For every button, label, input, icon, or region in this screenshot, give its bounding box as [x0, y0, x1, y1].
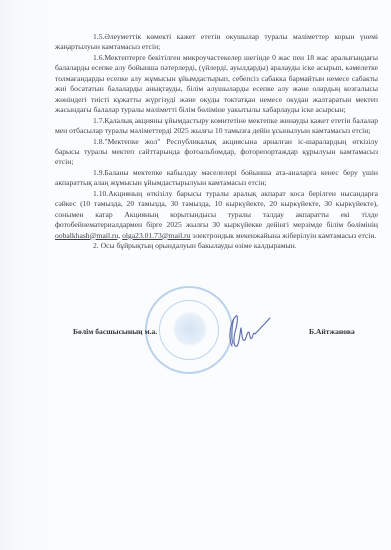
paragraph-1-10: 1.10.Акцияның өткізілу барысы туралы ара…	[55, 189, 378, 241]
paragraph-2: 2. Осы бұйрықтың орындалуын бакылауды өз…	[55, 241, 378, 251]
paragraph-1-9: 1.9.Баланы мектепке кабылдау мәселелері …	[55, 168, 378, 189]
paragraph-1-5: 1.5.Әлеуметтік көмекті кажет ететін окуш…	[55, 32, 378, 53]
paragraph-1-10-text-end: электрондык мекенжайына жіберілуін камта…	[190, 231, 376, 240]
document-page: 1.5.Әлеуметтік көмекті кажет ететін окуш…	[0, 0, 391, 550]
paragraph-1-7: 1.7.Қалалық акцияны ұйымдастыру комитеті…	[55, 116, 378, 137]
paragraph-1-10-text: 1.10.Акцияның өткізілу барысы туралы ара…	[55, 189, 378, 229]
official-stamp-icon	[145, 286, 233, 374]
state-emblem-icon	[173, 312, 207, 346]
signer-title: Бөлім басшысының м.а.	[73, 327, 157, 336]
document-body: 1.5.Әлеуметтік көмекті кажет ететін окуш…	[55, 32, 378, 252]
email-link-olga[interactable]: olga23.01.73@mail.ru	[122, 231, 190, 240]
signer-name: Б.Айтжанова	[309, 327, 355, 336]
signature-icon	[222, 308, 272, 356]
paragraph-1-6: 1.6.Мектептерге бекітілген микроучастеке…	[55, 53, 378, 116]
email-link-oobalkhash[interactable]: oobalkhash@mail.ru,	[55, 231, 120, 240]
paragraph-1-8: 1.8."Мектепке жол" Республикалық акциясы…	[55, 137, 378, 168]
